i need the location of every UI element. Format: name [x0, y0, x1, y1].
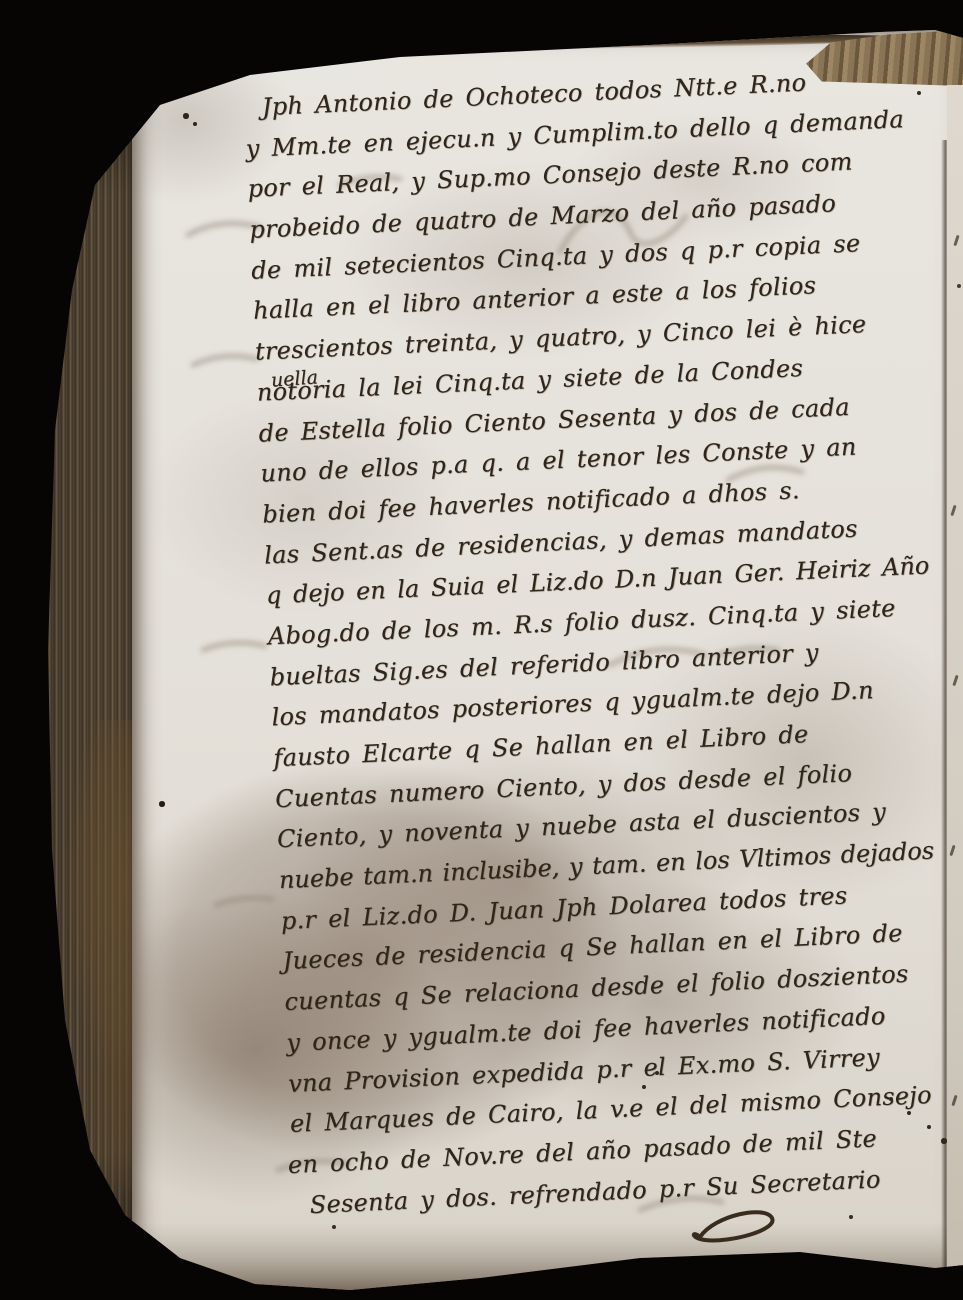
adjacent-page-ink-mark: [953, 235, 959, 246]
ink-specks: [28, 30, 30, 32]
interline-ink-fragment: uella: [270, 366, 318, 391]
manuscript-text: Jph Antonio de Ochoteco todos Ntt.e R.no…: [243, 56, 963, 1226]
manuscript-book: Jph Antonio de Ochoteco todos Ntt.e R.no…: [28, 30, 963, 1292]
photo-canvas: Jph Antonio de Ochoteco todos Ntt.e R.no…: [0, 0, 963, 1300]
